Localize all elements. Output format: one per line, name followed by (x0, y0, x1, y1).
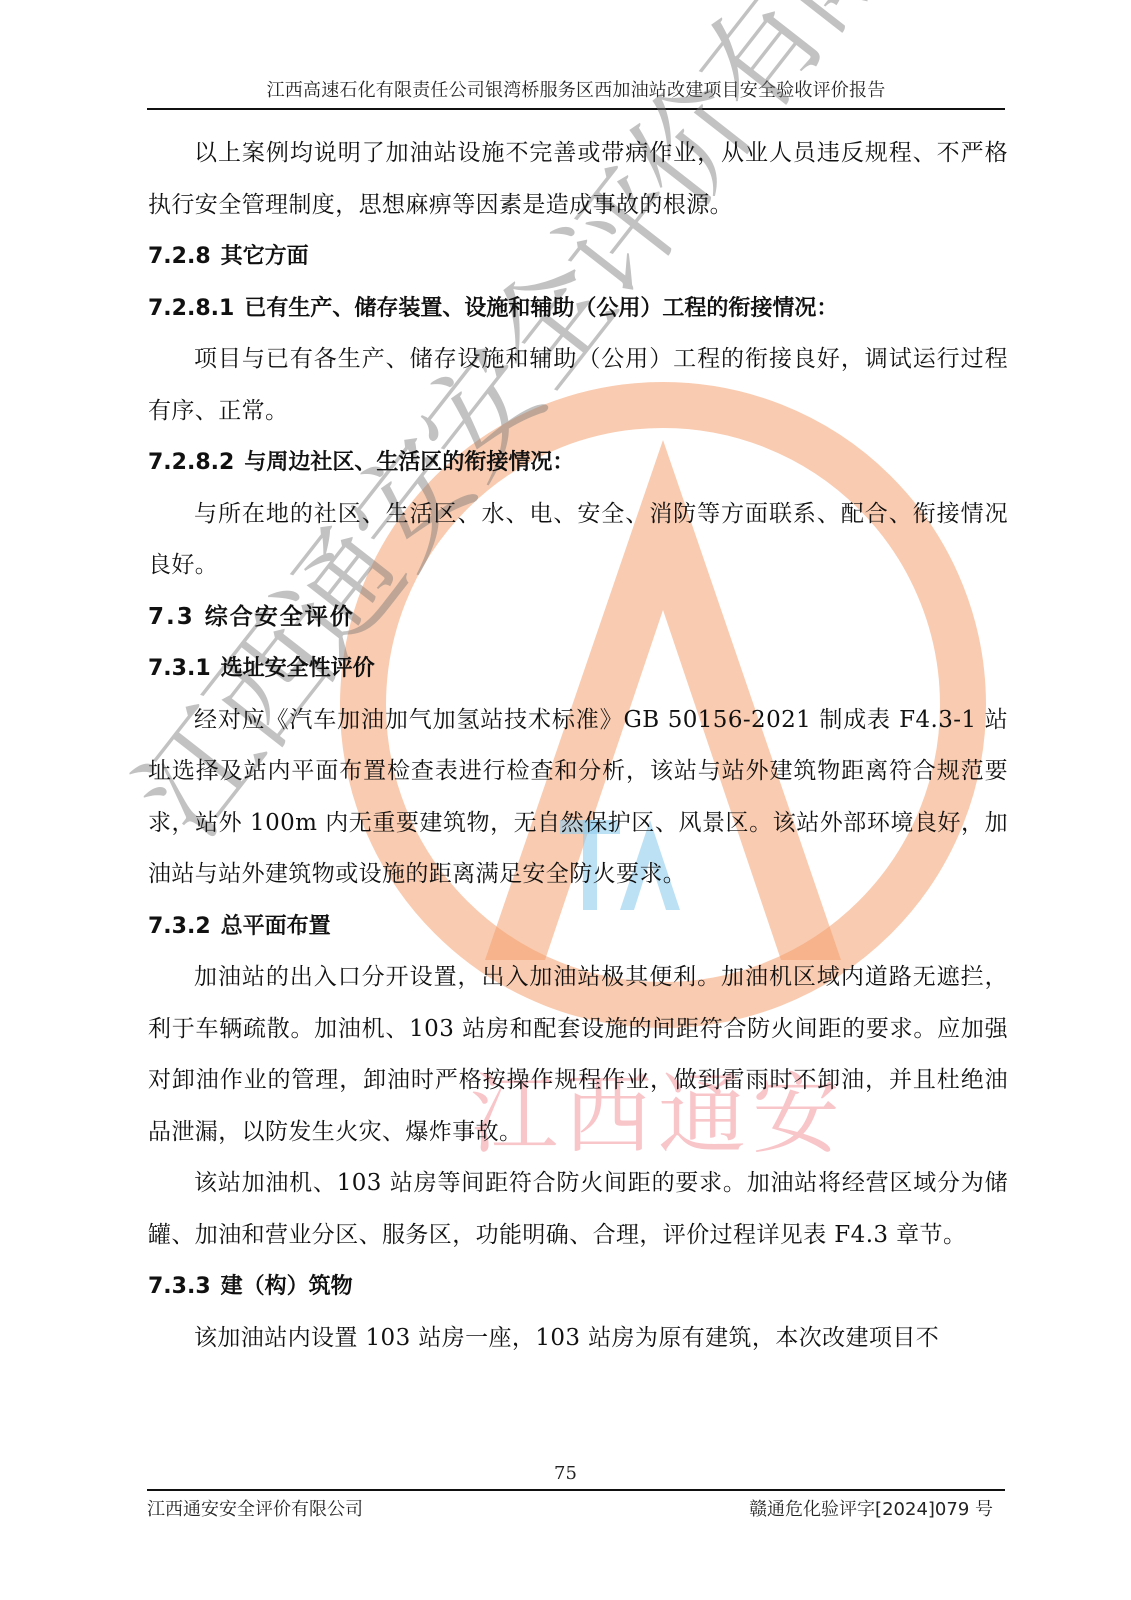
section-heading-7-3-2: 7.3.2总平面布置 (148, 901, 1008, 953)
section-number: 7.3 (148, 604, 195, 630)
section-heading-7-2-8: 7.2.8其它方面 (148, 231, 1008, 283)
paragraph-7-3-3: 该加油站内设置 103 站房一座，103 站房为原有建筑，本次改建项目不 (148, 1313, 1008, 1365)
section-title: 建（构）筑物 (221, 1274, 353, 1299)
section-number: 7.3.2 (148, 914, 211, 939)
section-number: 7.2.8 (148, 244, 211, 269)
section-heading-7-2-8-2: 7.2.8.2与周边社区、生活区的衔接情况： (148, 437, 1008, 489)
section-heading-7-2-8-1: 7.2.8.1已有生产、储存装置、设施和辅助（公用）工程的衔接情况： (148, 283, 1008, 335)
report-title: 江西高速石化有限责任公司银湾桥服务区西加油站改建项目安全验收评价报告 (267, 80, 886, 101)
footer-company: 江西通安安全评价有限公司 (147, 1495, 363, 1521)
paragraph-7-2-8-2: 与所在地的社区、生活区、水、电、安全、消防等方面联系、配合、衔接情况良好。 (148, 489, 1008, 592)
paragraph-7-3-2-a: 加油站的出入口分开设置，出入加油站极其便利。加油机区域内道路无遮拦，利于车辆疏散… (148, 952, 1008, 1158)
section-title: 其它方面 (221, 244, 309, 269)
section-heading-7-3: 7.3综合安全评价 (148, 592, 1008, 644)
section-heading-7-3-3: 7.3.3建（构）筑物 (148, 1261, 1008, 1313)
section-heading-7-3-1: 7.3.1选址安全性评价 (148, 643, 1008, 695)
section-title: 综合安全评价 (205, 604, 355, 630)
paragraph-7-3-2-b: 该站加油机、103 站房等间距符合防火间距的要求。加油站将经营区域分为储罐、加油… (148, 1158, 1008, 1261)
page-footer: 江西通安安全评价有限公司 赣通危化验评字[2024]079 号 (147, 1489, 1005, 1521)
page-number: 75 (0, 1463, 1131, 1484)
section-number: 7.2.8.2 (148, 450, 234, 475)
paragraph-7-2-8-1: 项目与已有各生产、储存设施和辅助（公用）工程的衔接良好，调试运行过程有序、正常。 (148, 334, 1008, 437)
footer-document-number: 赣通危化验评字[2024]079 号 (749, 1495, 993, 1521)
section-title: 已有生产、储存装置、设施和辅助（公用）工程的衔接情况： (244, 296, 838, 321)
paragraph-intro: 以上案例均说明了加油站设施不完善或带病作业，从业人员违反规程、不严格执行安全管理… (148, 128, 1008, 231)
paragraph-7-3-1: 经对应《汽车加油加气加氢站技术标准》GB 50156-2021 制成表 F4.3… (148, 695, 1008, 901)
section-number: 7.3.3 (148, 1274, 211, 1299)
page-header: 江西高速石化有限责任公司银湾桥服务区西加油站改建项目安全验收评价报告 (147, 78, 1005, 110)
section-number: 7.2.8.1 (148, 296, 234, 321)
section-title: 总平面布置 (221, 914, 331, 939)
section-title: 选址安全性评价 (221, 656, 375, 681)
section-number: 7.3.1 (148, 656, 211, 681)
section-title: 与周边社区、生活区的衔接情况： (244, 450, 574, 475)
page-body: 以上案例均说明了加油站设施不完善或带病作业，从业人员违反规程、不严格执行安全管理… (148, 128, 1008, 1364)
document-page: 江西通安 江西通安安全评价有限公司 江西高速石化有限责任公司银湾桥服务区西加油站… (0, 0, 1131, 1600)
